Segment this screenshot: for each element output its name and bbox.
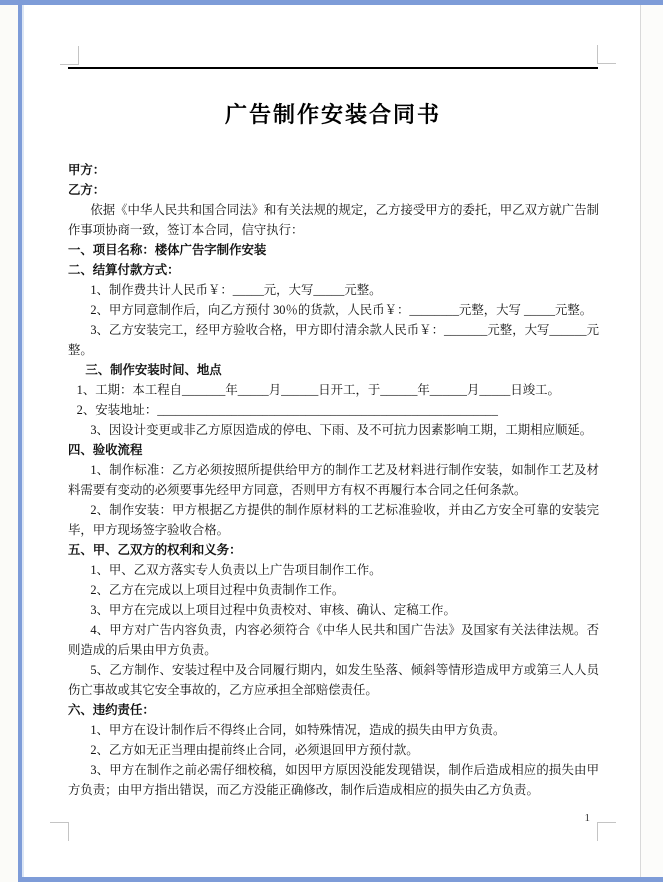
crop-mark-bottom-left-icon <box>50 822 69 841</box>
paragraph-item-17: 2、乙方在完成以上项目过程中负责制作工作。 <box>68 580 599 600</box>
paragraph-party-1: 乙方： <box>68 180 599 200</box>
document-body: 甲方：乙方：依据《中华人民共和国合同法》和有关法规的规定，乙方接受甲方的委托，甲… <box>68 160 599 800</box>
paragraph-item-14: 2、制作安装：甲方根据乙方提供的制作原材料的工艺标准验收，并由乙方安全可靠的安装… <box>68 500 599 540</box>
paragraph-item-10: 2、安装地址：_________________________________… <box>68 400 599 420</box>
paragraph-item-11: 3、因设计变更或非乙方原因造成的停电、下雨、及不可抗力因素影响工期，工期相应顺延… <box>68 420 599 440</box>
paragraph-item-5: 1、制作费共计人民币￥：_____元，大写_____元整。 <box>68 280 599 300</box>
paragraph-heading-8: 三、制作安装时间、地点 <box>68 360 599 380</box>
crop-mark-top-right-icon <box>597 45 616 64</box>
paragraph-body-2: 依据《中华人民共和国合同法》和有关法规的规定，乙方接受甲方的委托，甲乙双方就广告… <box>68 200 599 240</box>
document-title: 广告制作安装合同书 <box>68 98 598 129</box>
paragraph-heading-3: 一、项目名称：楼体广告字制作安装 <box>68 240 599 260</box>
header-rule <box>68 67 598 69</box>
frame-margin-right <box>641 5 663 877</box>
paragraph-party-0: 甲方： <box>68 160 599 180</box>
crop-mark-top-left-icon <box>60 46 79 65</box>
paragraph-item-13: 1、制作标准：乙方必须按照所提供给甲方的制作工艺及材料进行制作安装，如制作工艺及… <box>68 460 599 500</box>
paragraph-item-18: 3、甲方在完成以上项目过程中负责校对、审核、确认、定稿工作。 <box>68 600 599 620</box>
paragraph-heading-15: 五、甲、乙双方的权利和义务： <box>68 540 599 560</box>
paragraph-heading-21: 六、违约责任： <box>68 700 599 720</box>
paragraph-item-19: 4、甲方对广告内容负责，内容必须符合《中华人民共和国广告法》及国家有关法律法规。… <box>68 620 599 660</box>
crop-mark-bottom-right-icon <box>597 822 616 841</box>
page-number: 1 <box>560 812 590 824</box>
frame-margin-left <box>0 5 18 882</box>
paragraph-heading-12: 四、验收流程 <box>68 440 599 460</box>
frame-border-bottom <box>18 877 663 882</box>
document-viewer: 广告制作安装合同书 甲方：乙方：依据《中华人民共和国合同法》和有关法规的规定，乙… <box>0 0 663 885</box>
paragraph-item-22: 1、甲方在设计制作后不得终止合同，如特殊情况，造成的损失由甲方负责。 <box>68 720 599 740</box>
paragraph-heading-4: 二、结算付款方式： <box>68 260 599 280</box>
paragraph-item-23: 2、乙方如无正当理由提前终止合同，必须退回甲方预付款。 <box>68 740 599 760</box>
paragraph-item-9: 1、工期：本工程自_______年_____月______日开工，于______… <box>68 380 599 400</box>
paragraph-item-20: 5、乙方制作、安装过程中及合同履行期内，如发生坠落、倾斜等情形造成甲方或第三人人… <box>68 660 599 700</box>
paragraph-item-6: 2、甲方同意制作后，向乙方预付 30％的货款，人民币￥：________元整，大… <box>68 300 599 320</box>
paragraph-item-7: 3、乙方安装完工，经甲方验收合格，甲方即付清余款人民币￥：_______元整，大… <box>68 320 599 360</box>
paragraph-item-24: 3、甲方在制作之前必需仔细校稿，如因甲方原因没能发现错误，制作后造成相应的损失由… <box>68 760 599 800</box>
paragraph-item-16: 1、甲、乙双方落实专人负责以上广告项目制作工作。 <box>68 560 599 580</box>
